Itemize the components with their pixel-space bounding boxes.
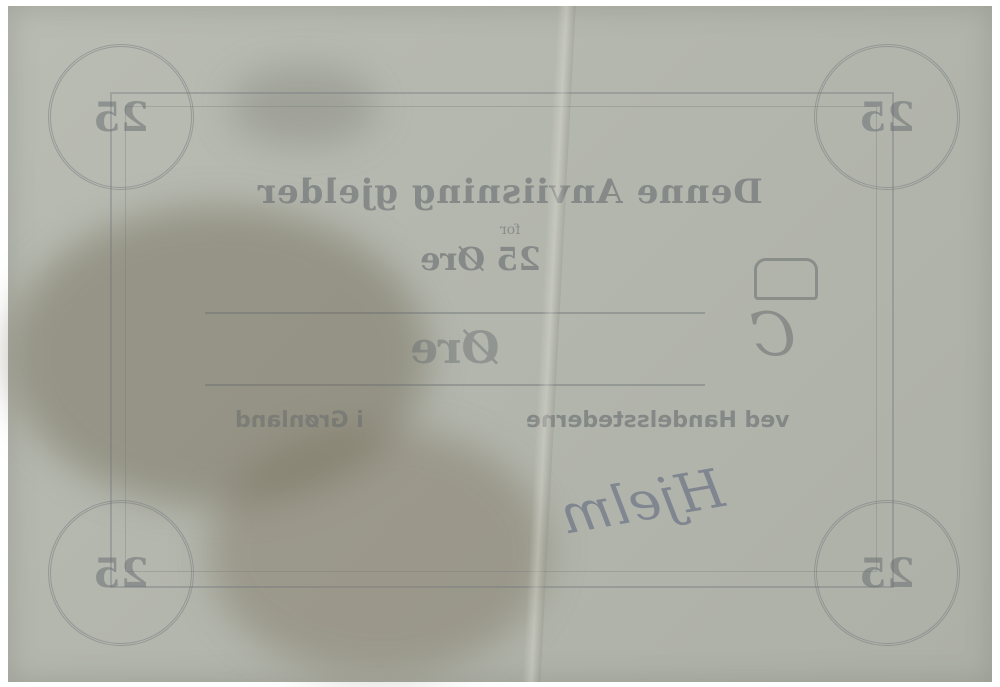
issuer-line-right: ved Handelsstederne <box>520 408 790 433</box>
royal-monogram: C <box>740 258 830 378</box>
issuer-line-left: i Grønland <box>235 408 495 433</box>
corner-medallion-bottom-right: 25 <box>814 500 960 646</box>
banknote-photo: 25 25 25 25 Denne Anviisning gjelder for… <box>0 0 1000 687</box>
crown-icon <box>754 258 818 300</box>
corner-medallion-top-left: 25 <box>48 44 194 190</box>
monogram-letter: C <box>750 300 796 370</box>
denomination-band: Øre <box>205 312 705 386</box>
corner-medallion-top-right: 25 <box>814 44 960 190</box>
corner-medallion-bottom-left: 25 <box>48 500 194 646</box>
for-label: for <box>500 222 520 238</box>
note-title: Denne Anviisning gjelder <box>250 172 770 212</box>
amount-text: 25 Øre <box>420 240 541 278</box>
